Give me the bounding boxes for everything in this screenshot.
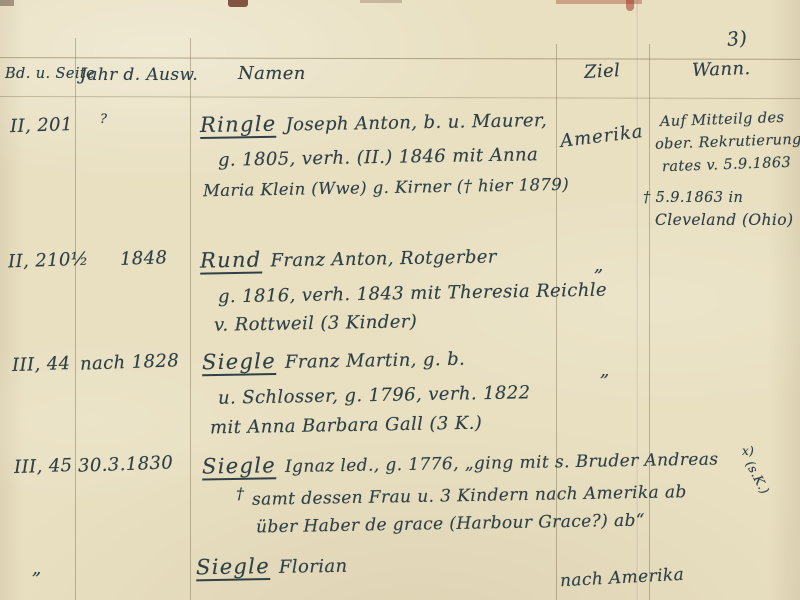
edge-smudge [626, 0, 634, 11]
column-line-2 [190, 38, 191, 600]
row-destination: nach Amerika [560, 565, 685, 591]
page-number: 3) [726, 27, 749, 51]
row-note-line: Auf Mitteilg des [660, 110, 785, 130]
name-text: Ignaz led., g. 1776, „ging mit s. Bruder… [285, 449, 719, 477]
row-ref: II, 201 [10, 114, 74, 137]
column-line-4 [649, 44, 650, 600]
row-name-line: mit Anna Barbara Gall (3 K.) [210, 413, 483, 439]
row-name-line: SiegleFlorian [196, 553, 348, 580]
name-text: Franz Martin, g. b. [285, 349, 466, 373]
edge-smudge [0, 0, 14, 6]
header-name: Namen [238, 63, 306, 84]
row-name-line: SiegleFranz Martin, g. b. [202, 346, 466, 375]
surname: Siegle [202, 453, 276, 480]
row-name-line: samt dessen Frau u. 3 Kindern nach Ameri… [252, 482, 687, 510]
row-name-line: v. Rottweil (3 Kinder) [214, 311, 418, 336]
surname: Siegle [202, 349, 276, 376]
header-year: Jahr d. Ausw. [80, 65, 198, 85]
name-text: Joseph Anton, b. u. Maurer, [285, 110, 547, 136]
row-name-line: SiegleIgnaz led., g. 1776, „ging mit s. … [202, 445, 719, 478]
name-text: Florian [279, 556, 348, 578]
row-name-line: über Haber de grace (Harbour Grace?) ab“ [256, 511, 645, 538]
row-note-line: † 5.9.1863 in [643, 190, 743, 206]
edge-smudge [228, 0, 248, 7]
surname: Siegle [196, 554, 270, 581]
row-note-line: Cleveland (Ohio) [655, 211, 793, 229]
ruling-line-bottom [0, 96, 800, 99]
edge-smudge [360, 0, 402, 3]
header-destination: Ziel [583, 60, 620, 83]
row-name-line: g. 1805, verh. (II.) 1846 mit Anna [218, 144, 539, 171]
row-year: 1848 [120, 247, 168, 270]
cross-mark: † [236, 484, 244, 503]
row-name-line: RundFranz Anton, Rotgerber [200, 243, 497, 272]
row-year: ? [100, 112, 107, 127]
ledger-page: 3) Bd. u. Seite Jahr d. Ausw. Namen Ziel… [0, 0, 800, 600]
column-line-1 [75, 38, 76, 600]
row-ref: II, 210½ [8, 249, 89, 273]
row-year: 30.3.1830 [78, 452, 174, 476]
row-note-line: ober. Rekrutierungs- [655, 131, 800, 153]
surname: Rund [200, 248, 262, 275]
row-note-line: rates v. 5.9.1863 [662, 155, 792, 175]
row-name-line: Maria Klein (Wwe) g. Kirner († hier 1879… [203, 175, 569, 200]
row-ref: III, 44 [12, 353, 71, 376]
row-destination-ditto: „ [594, 255, 603, 276]
ruling-line-top [0, 57, 800, 60]
row-ref: III, 45 [14, 455, 73, 478]
row-destination: Amerika [559, 121, 645, 152]
row-name-line: g. 1816, verh. 1843 mit Theresia Reichle [218, 280, 607, 308]
header-when: Wann. [692, 58, 751, 81]
surname: Ringle [200, 112, 277, 139]
row-name-line: u. Schlosser, g. 1796, verh. 1822 [218, 382, 531, 408]
row-destination-ditto: „ [600, 360, 609, 381]
row-name-line: RingleJoseph Anton, b. u. Maurer, [200, 107, 547, 137]
margin-note: (s.K.) [743, 458, 773, 497]
row-ref-ditto: „ [32, 558, 41, 579]
name-text: Franz Anton, Rotgerber [270, 246, 497, 271]
footnote-mark: x) [742, 444, 754, 458]
row-year: nach 1828 [80, 350, 180, 374]
